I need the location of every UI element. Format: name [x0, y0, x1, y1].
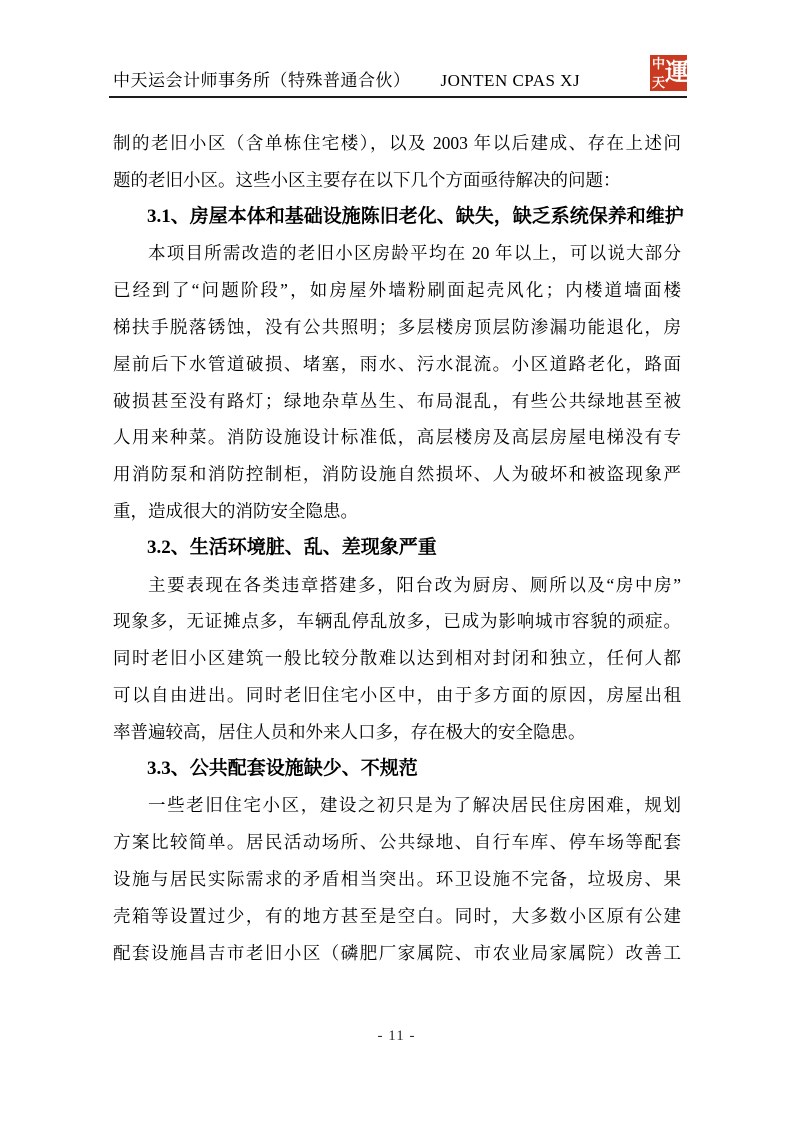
page-number: - 11 -: [378, 1028, 416, 1044]
document-body: 制的老旧小区（含单栋住宅楼），以及 2003 年以后建成、存在上述问 题的老旧小…: [113, 125, 681, 971]
paragraph-3-3: 一些老旧住宅小区，建设之初只是为了解决居民住房困难，规划 方案比较简单。居民活动…: [113, 787, 681, 971]
paragraph-3-1: 本项目所需改造的老旧小区房龄平均在 20 年以上，可以说大部分 已经到了“问题阶…: [113, 235, 681, 529]
text-line: 主要表现在各类违章搭建多，阳台改为厨房、厕所以及“房中房”: [113, 567, 681, 604]
text-line: 屋前后下水管道破损、堵塞，雨水、污水混流。小区道路老化，路面: [113, 346, 681, 383]
text-line: 重，造成很大的消防安全隐患。: [113, 493, 681, 530]
section-heading-3-2: 3.2、生活环境脏、乱、差现象严重: [113, 530, 681, 567]
text-line: 破损甚至没有路灯；绿地杂草丛生、布局混乱，有些公共绿地甚至被: [113, 383, 681, 420]
paragraph-3-2: 主要表现在各类违章搭建多，阳台改为厨房、厕所以及“房中房” 现象多，无证摊点多，…: [113, 567, 681, 751]
text-line: 壳箱等设置过少，有的地方甚至是空白。同时，大多数小区原有公建: [113, 898, 681, 935]
seal-char-bottom: 天: [652, 76, 665, 89]
company-name-cn: 中天运会计师事务所（特殊普通合伙）: [113, 71, 411, 90]
text-line: 可以自由进出。同时老旧住宅小区中，由于多方面的原因，房屋出租: [113, 677, 681, 714]
page-footer: - 11 -: [0, 1028, 793, 1045]
paragraph-continuation: 制的老旧小区（含单栋住宅楼），以及 2003 年以后建成、存在上述问 题的老旧小…: [113, 125, 681, 199]
page-header: 中天运会计师事务所（特殊普通合伙）JONTEN CPAS XJ 中 天 運: [109, 0, 687, 98]
text-line: 一些老旧住宅小区，建设之初只是为了解决居民住房困难，规划: [113, 787, 681, 824]
document-page: 中天运会计师事务所（特殊普通合伙）JONTEN CPAS XJ 中 天 運 制的…: [0, 0, 793, 1122]
text-line: 用消防泵和消防控制柜，消防设施自然损坏、人为破坏和被盗现象严: [113, 456, 681, 493]
text-line: 人用来种菜。消防设施设计标准低，高层楼房及高层房屋电梯没有专: [113, 419, 681, 456]
text-line: 题的老旧小区。这些小区主要存在以下几个方面亟待解决的问题：: [113, 162, 681, 199]
text-line: 同时老旧小区建筑一般比较分散难以达到相对封闭和独立，任何人都: [113, 640, 681, 677]
section-heading-3-1: 3.1、房屋本体和基础设施陈旧老化、缺失，缺乏系统保养和维护: [113, 199, 681, 236]
seal-left-column: 中 天: [650, 55, 665, 91]
header-text: 中天运会计师事务所（特殊普通合伙）JONTEN CPAS XJ: [113, 66, 580, 91]
section-heading-3-3: 3.3、公共配套设施缺少、不规范: [113, 751, 681, 788]
text-line: 率普遍较高，居住人员和外来人口多，存在极大的安全隐患。: [113, 714, 681, 751]
text-line: 制的老旧小区（含单栋住宅楼），以及 2003 年以后建成、存在上述问: [113, 125, 681, 162]
text-line: 现象多，无证摊点多，车辆乱停乱放多，已成为影响城市容貌的顽症。: [113, 603, 681, 640]
seal-char-right: 運: [665, 55, 689, 91]
company-seal-icon: 中 天 運: [650, 55, 687, 91]
text-line: 方案比较简单。居民活动场所、公共绿地、自行车库、停车场等配套: [113, 824, 681, 861]
company-name-en: JONTEN CPAS XJ: [441, 71, 581, 90]
text-line: 配套设施昌吉市老旧小区（磷肥厂家属院、市农业局家属院）改善工: [113, 935, 681, 972]
text-line: 设施与居民实际需求的矛盾相当突出。环卫设施不完备，垃圾房、果: [113, 861, 681, 898]
text-line: 梯扶手脱落锈蚀，没有公共照明；多层楼房顶层防渗漏功能退化，房: [113, 309, 681, 346]
text-line: 本项目所需改造的老旧小区房龄平均在 20 年以上，可以说大部分: [113, 235, 681, 272]
seal-char-top: 中: [652, 57, 665, 70]
text-line: 已经到了“问题阶段”，如房屋外墙粉刷面起壳风化；内楼道墙面楼: [113, 272, 681, 309]
